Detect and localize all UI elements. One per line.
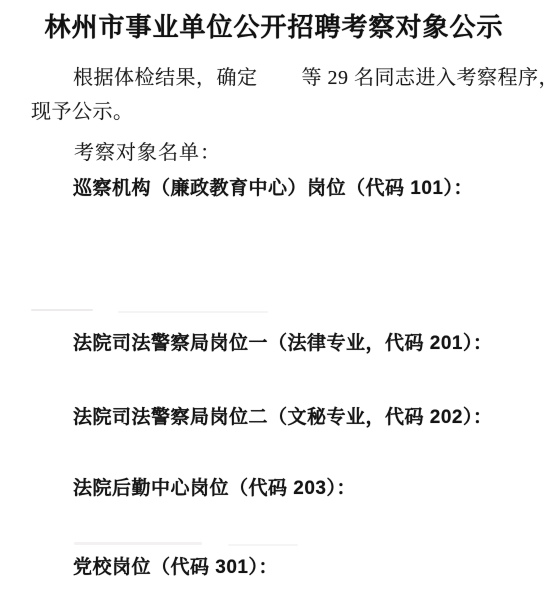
position-heading-code-203: 法院后勤中心岗位（代码 203）： (73, 478, 356, 501)
intro-line-1: 根据体检结果，确定等 29 名同志进入考察程序， (73, 66, 548, 90)
intro-text-after-redaction: 等 29 名同志进入考察程序， (302, 67, 548, 89)
position-heading-code-202: 法院司法警察局岗位二（文秘专业，代码 202）： (73, 407, 492, 430)
redacted-name-gap (258, 83, 302, 84)
document-title: 林州市事业单位公开招聘考察对象公示 (0, 7, 548, 44)
candidate-list-label: 考察对象名单： (74, 141, 221, 165)
scan-artifact (74, 542, 202, 545)
position-heading-code-301: 党校岗位（代码 301）： (73, 557, 278, 580)
position-heading-code-101: 巡察机构（廉政教育中心）岗位（代码 101）： (73, 178, 473, 201)
position-heading-code-201: 法院司法警察局岗位一（法律专业，代码 201）： (73, 333, 492, 356)
scan-artifact (31, 309, 93, 311)
intro-text-before-redaction: 根据体检结果，确定 (73, 67, 258, 89)
scan-artifact (228, 544, 298, 546)
announcement-document: 林州市事业单位公开招聘考察对象公示 根据体检结果，确定等 29 名同志进入考察程… (0, 0, 548, 606)
intro-line-2: 现予公示。 (31, 100, 134, 124)
scan-artifact (118, 311, 268, 313)
